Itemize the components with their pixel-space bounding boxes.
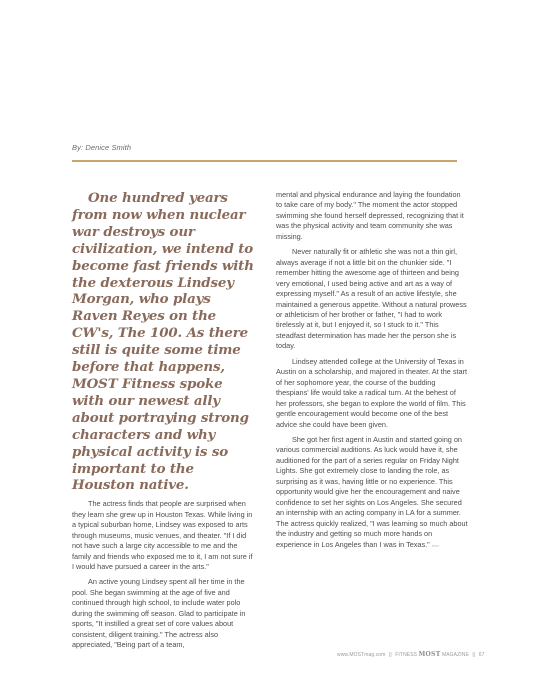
body-paragraph-continued: mental and physical endurance and laying… bbox=[276, 190, 468, 242]
page-footer: www.MOSTmag.com || FITNESS MOST MAGAZINE… bbox=[337, 651, 484, 658]
body-paragraph: Lindsey attended college at the Universi… bbox=[276, 357, 468, 430]
footer-website: www.MOSTmag.com bbox=[337, 652, 385, 658]
pull-quote-text: One hundred years from now when nuclear … bbox=[72, 190, 254, 493]
right-column: mental and physical endurance and laying… bbox=[276, 190, 468, 556]
footer-magazine: MAGAZINE bbox=[442, 652, 469, 658]
body-paragraph: The actress finds that people are surpri… bbox=[72, 499, 256, 572]
byline: By: Denice Smith bbox=[72, 143, 131, 152]
body-paragraph-last: She got her first agent in Austin and st… bbox=[276, 435, 468, 551]
footer-section: FITNESS bbox=[395, 652, 417, 658]
footer-separator: || bbox=[389, 652, 392, 658]
footer-separator: || bbox=[472, 652, 475, 658]
left-column: One hundred years from now when nuclear … bbox=[72, 190, 256, 656]
body-paragraph: An active young Lindsey spent all her ti… bbox=[72, 577, 256, 650]
body-paragraph: Never naturally fit or athletic she was … bbox=[276, 247, 468, 352]
header-divider bbox=[72, 160, 457, 162]
pull-quote: One hundred years from now when nuclear … bbox=[72, 190, 256, 494]
body-paragraph-text: She got her first agent in Austin and st… bbox=[276, 435, 468, 549]
footer-brand-logo: MOST bbox=[419, 651, 441, 658]
continued-arrow-icon: >>> bbox=[432, 543, 439, 548]
page-number: 67 bbox=[479, 652, 485, 658]
